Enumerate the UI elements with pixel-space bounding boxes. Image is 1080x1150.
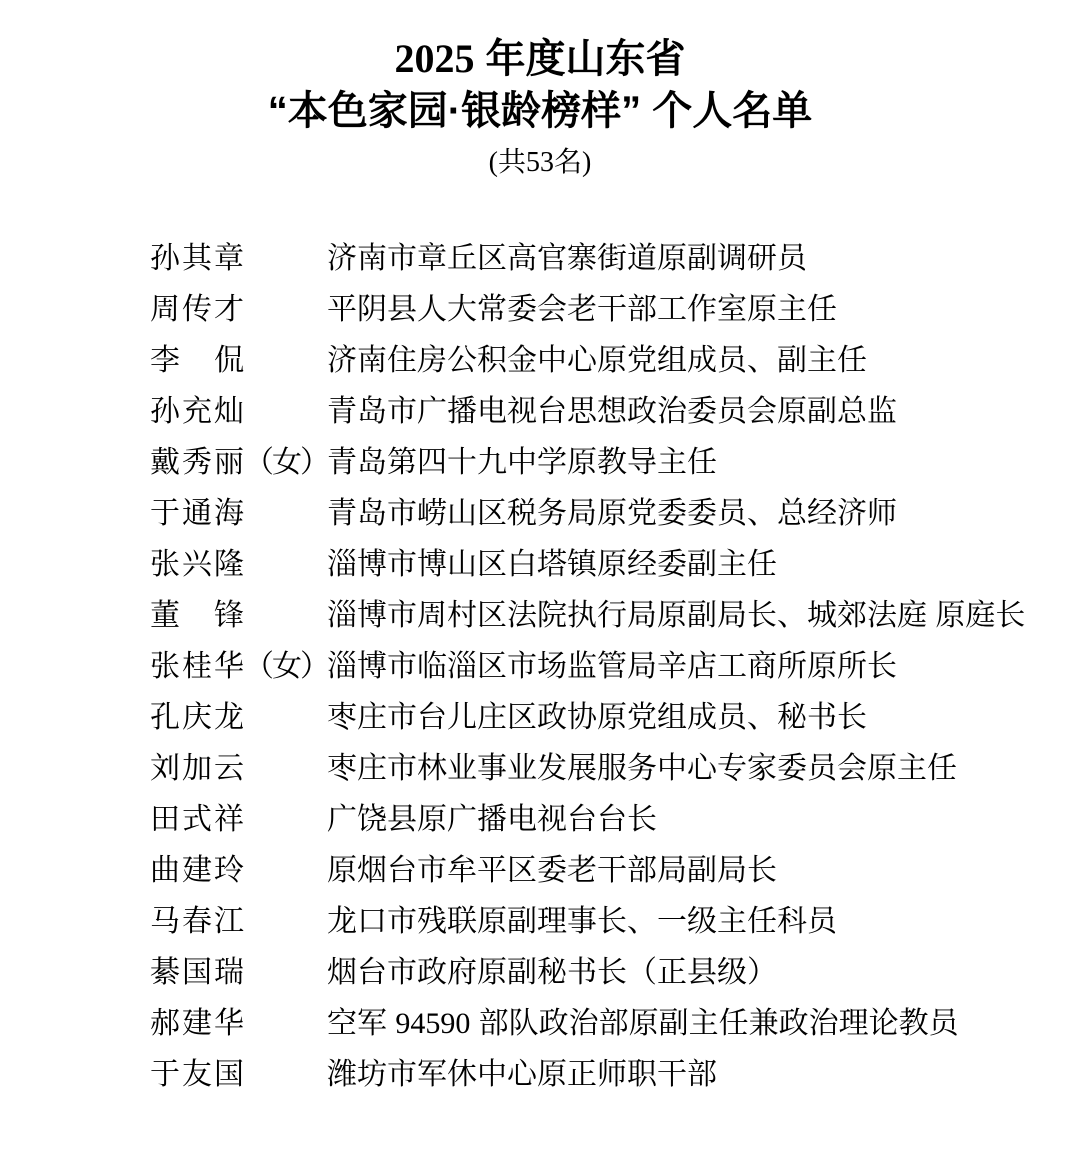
person-position: 济南住房公积金中心原党组成员、副主任 [327,335,1080,386]
person-row: 孙其章 济南市章丘区高官寨街道原副调研员 [150,233,1080,284]
person-position: 淄博市临淄区市场监管局辛店工商所原所长 [327,641,1080,692]
person-name: 周传才 [150,284,244,335]
gender-note: （女） [244,437,327,488]
position-line: 济南住房公积金中心原党组成员、副主任 [327,344,867,377]
position-line: 青岛市广播电视台思想政治委员会原副总监 [327,395,897,428]
document: 2025 年度山东省 “本色家园·银龄榜样” 个人名单 (共53名) 孙其章 济… [0,0,1080,1100]
person-row: 于友国 潍坊市军休中心原正师职干部 [150,1049,1080,1100]
person-position: 原烟台市牟平区委老干部局副局长 [327,845,1080,896]
person-position: 青岛市广播电视台思想政治委员会原副总监 [327,386,1080,437]
person-row: 于通海 青岛市崂山区税务局原党委委员、总经济师 [150,488,1080,539]
person-position: 青岛市崂山区税务局原党委委员、总经济师 [327,488,1080,539]
document-title-line-1: 2025 年度山东省 [0,33,1080,85]
person-name: 郝建华 [150,998,244,1049]
person-row: 曲建玲 原烟台市牟平区委老干部局副局长 [150,845,1080,896]
position-line: 原庭长 [935,599,1025,632]
person-row: 董锋 淄博市周村区法院执行局原副局长、城郊法庭 原庭长 [150,590,1080,641]
position-line: 淄博市临淄区市场监管局辛店工商所原所长 [327,650,897,683]
person-row: 綦国瑞 烟台市政府原副秘书长（正县级） [150,947,1080,998]
person-name: 刘加云 [150,743,244,794]
person-name: 綦国瑞 [150,947,244,998]
person-position: 淄博市周村区法院执行局原副局长、城郊法庭 原庭长 [327,590,1080,641]
person-name: 于友国 [150,1049,244,1100]
position-line: 平阴县人大常委会老干部工作室原主任 [327,293,837,326]
person-row: 刘加云 枣庄市林业事业发展服务中心专家委员会原主任 [150,743,1080,794]
position-line: 烟台市政府原副秘书长（正县级） [327,956,777,989]
person-row: 郝建华 空军 94590 部队政治部原副主任兼政治理论教员 [150,998,1080,1049]
position-line: 原烟台市牟平区委老干部局副局长 [327,854,777,887]
person-name: 于通海 [150,488,244,539]
person-row: 田式祥 广饶县原广播电视台台长 [150,794,1080,845]
person-position: 淄博市博山区白塔镇原经委副主任 [327,539,1080,590]
person-name: 张桂华 [150,641,244,692]
position-line: 青岛第四十九中学原教导主任 [327,446,717,479]
person-name: 曲建玲 [150,845,244,896]
person-row: 孔庆龙 枣庄市台儿庄区政协原党组成员、秘书长 [150,692,1080,743]
person-name: 孙其章 [150,233,244,284]
person-position: 烟台市政府原副秘书长（正县级） [327,947,1080,998]
person-position: 枣庄市林业事业发展服务中心专家委员会原主任 [327,743,1080,794]
person-name: 戴秀丽 [150,437,244,488]
person-row: 戴秀丽 （女） 青岛第四十九中学原教导主任 [150,437,1080,488]
position-line: 济南市章丘区高官寨街道原副调研员 [327,242,807,275]
person-name: 李侃 [150,335,244,386]
person-row: 孙充灿 青岛市广播电视台思想政治委员会原副总监 [150,386,1080,437]
document-title-line-2: “本色家园·银龄榜样” 个人名单 [0,85,1080,137]
total-count-subtitle: (共53名) [0,145,1080,181]
person-position: 青岛第四十九中学原教导主任 [327,437,1080,488]
position-line: 青岛市崂山区税务局原党委委员、总经济师 [327,497,897,530]
position-line: 潍坊市军休中心原正师职干部 [327,1058,717,1091]
position-line: 枣庄市林业事业发展服务中心专家委员会原主任 [327,752,957,785]
person-position: 广饶县原广播电视台台长 [327,794,1080,845]
position-line: 空军 94590 部队政治部原副主任兼政治理论教员 [327,1007,959,1040]
person-position: 龙口市残联原副理事长、一级主任科员 [327,896,1080,947]
position-line: 枣庄市台儿庄区政协原党组成员、秘书长 [327,701,867,734]
person-row: 马春江 龙口市残联原副理事长、一级主任科员 [150,896,1080,947]
person-row: 张桂华 （女） 淄博市临淄区市场监管局辛店工商所原所长 [150,641,1080,692]
person-name: 孔庆龙 [150,692,244,743]
person-name: 孙充灿 [150,386,244,437]
person-name: 董锋 [150,590,244,641]
person-position: 潍坊市军休中心原正师职干部 [327,1049,1080,1100]
person-name: 张兴隆 [150,539,244,590]
position-line: 龙口市残联原副理事长、一级主任科员 [327,905,837,938]
person-row: 李侃 济南住房公积金中心原党组成员、副主任 [150,335,1080,386]
person-name: 马春江 [150,896,244,947]
person-position: 平阴县人大常委会老干部工作室原主任 [327,284,1080,335]
person-list: 孙其章 济南市章丘区高官寨街道原副调研员 周传才 平阴县人大常委会老干部工作室原… [0,233,1080,1100]
person-row: 张兴隆 淄博市博山区白塔镇原经委副主任 [150,539,1080,590]
position-line: 淄博市博山区白塔镇原经委副主任 [327,548,777,581]
position-line: 淄博市周村区法院执行局原副局长、城郊法庭 [327,599,927,632]
person-position: 济南市章丘区高官寨街道原副调研员 [327,233,1080,284]
position-line: 广饶县原广播电视台台长 [327,803,657,836]
person-row: 周传才 平阴县人大常委会老干部工作室原主任 [150,284,1080,335]
person-position: 枣庄市台儿庄区政协原党组成员、秘书长 [327,692,1080,743]
person-name: 田式祥 [150,794,244,845]
gender-note: （女） [244,641,327,692]
person-position: 空军 94590 部队政治部原副主任兼政治理论教员 [327,998,1080,1049]
